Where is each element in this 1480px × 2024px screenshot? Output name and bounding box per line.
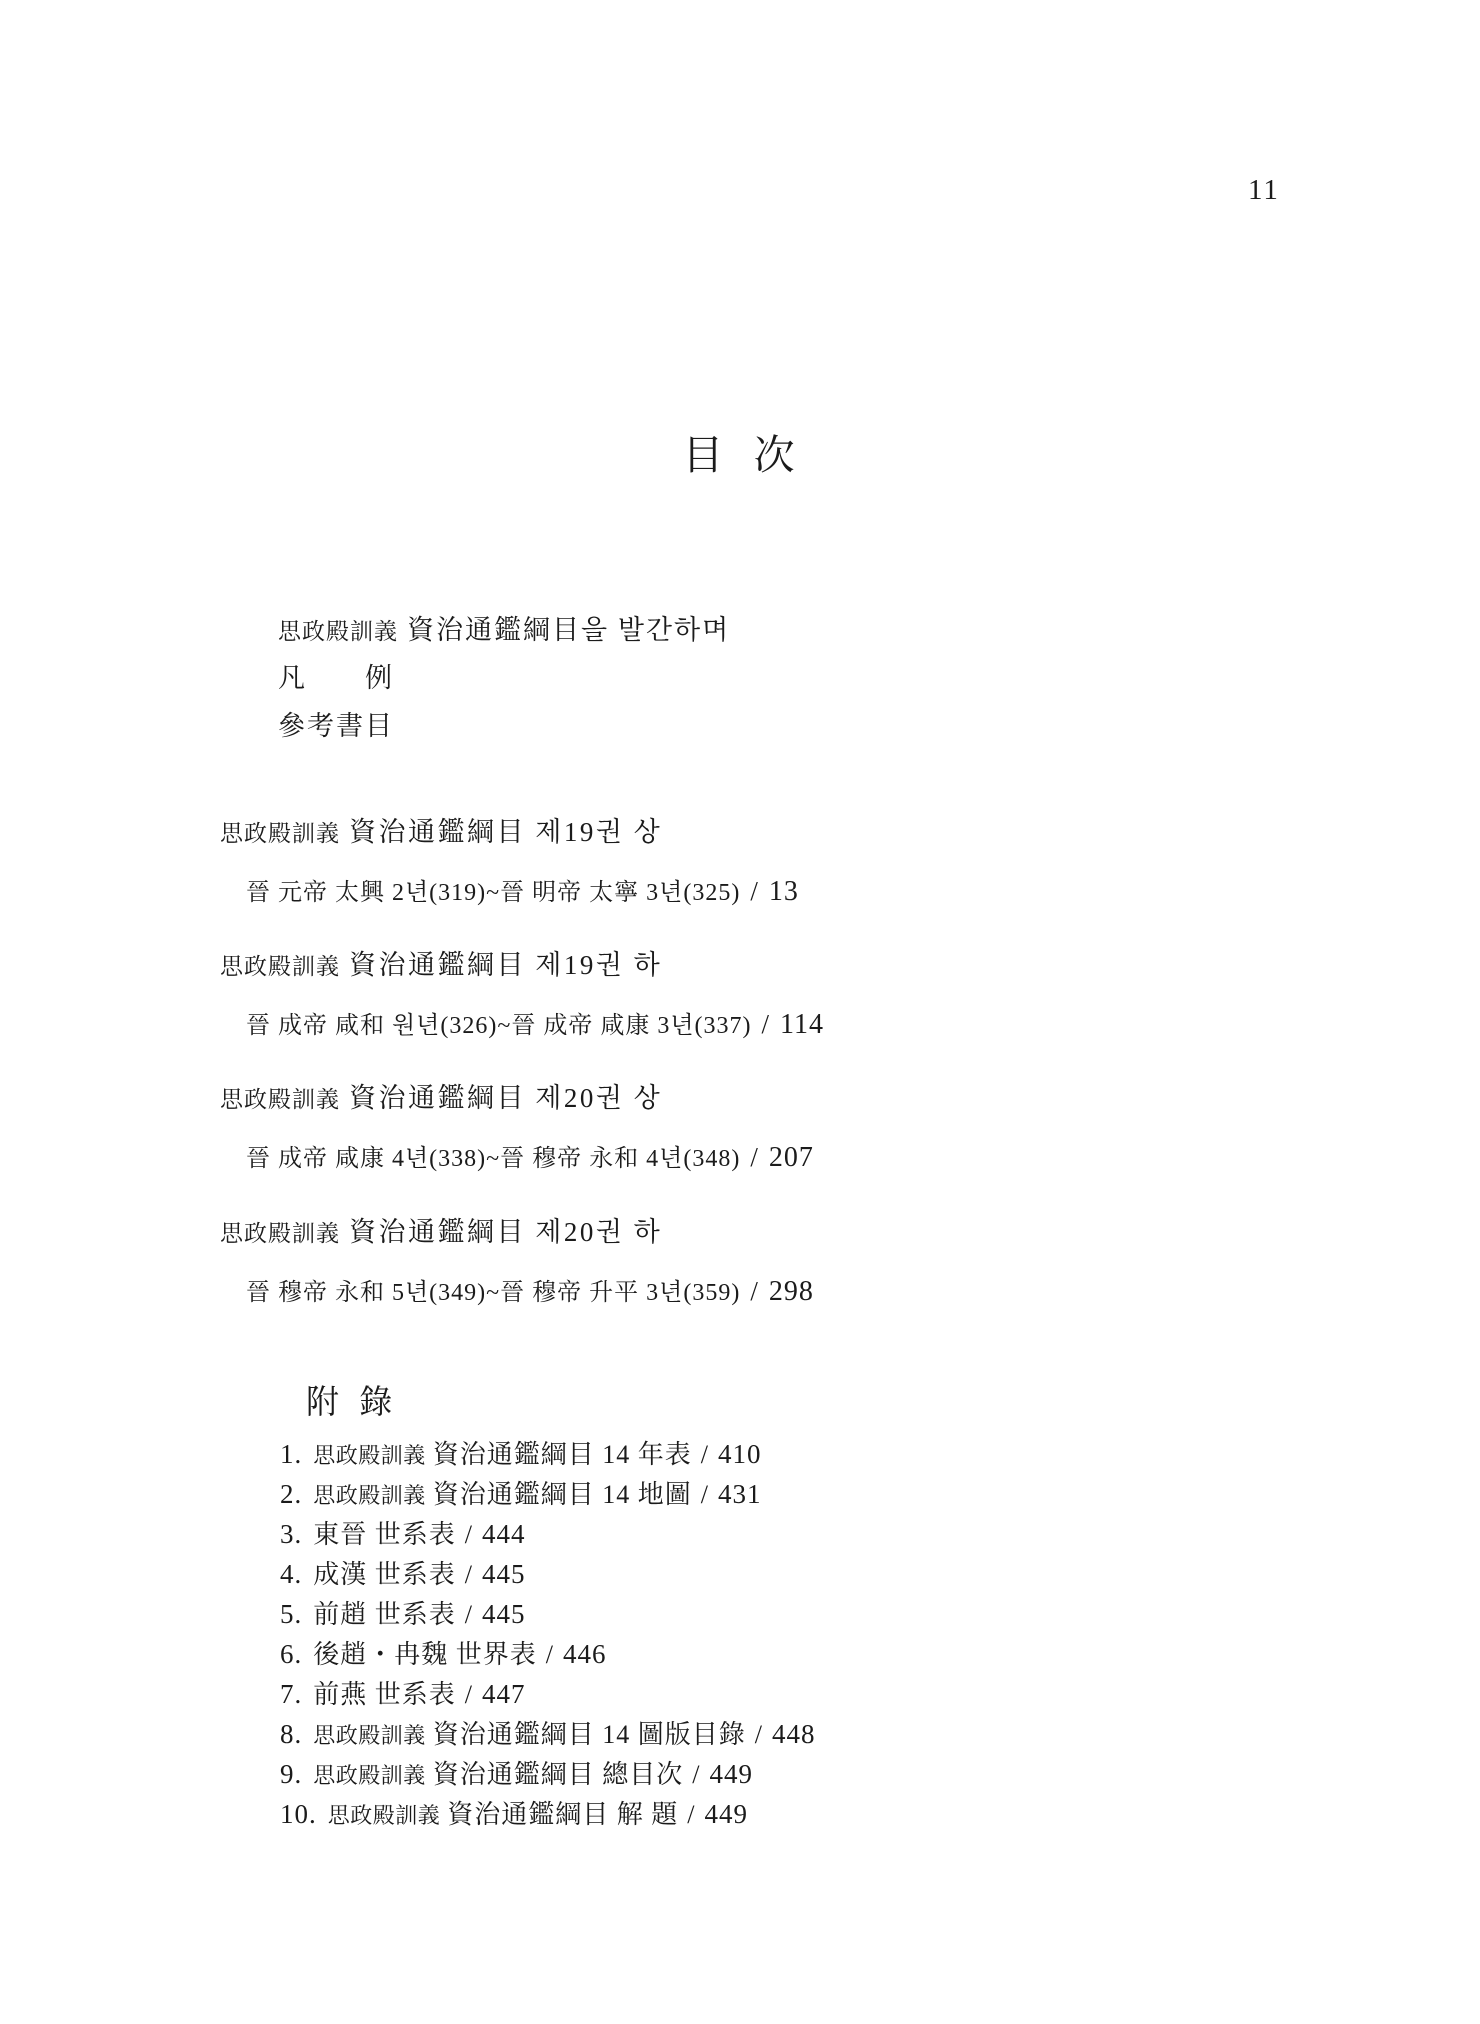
slash-separator: / — [465, 1560, 473, 1589]
section-range: 晉 成帝 咸和 원년(326)~晉 成帝 咸康 3년(337) — [246, 1013, 752, 1039]
slash-separator: / — [701, 1440, 709, 1469]
front-matter-entry: 思政殿訓義資治通鑑綱目을 발간하며 — [278, 606, 730, 654]
section-prefix: 思政殿訓義 — [220, 821, 340, 846]
entry-title: 資治通鑑綱目을 발간하며 — [407, 615, 730, 645]
slash-separator: / — [546, 1640, 554, 1669]
appendix-item: 2.思政殿訓義資治通鑑綱目 14 地圖/431 — [280, 1474, 816, 1514]
item-title: 成漢 世系表 — [313, 1560, 456, 1589]
volume-section: 思政殿訓義資治通鑑綱目 제19권 상 晉 元帝 太興 2년(319)~晉 明帝 … — [220, 815, 799, 908]
slash-separator: / — [755, 1720, 763, 1749]
entry-prefix: 思政殿訓義 — [278, 619, 398, 644]
appendix-item: 1.思政殿訓義資治通鑑綱目 14 年表/410 — [280, 1434, 816, 1474]
item-title: 東晉 世系表 — [313, 1520, 456, 1549]
section-prefix: 思政殿訓義 — [220, 1221, 340, 1246]
slash-separator: / — [687, 1800, 695, 1829]
section-range: 晉 穆帝 永和 5년(349)~晉 穆帝 升平 3년(359) — [246, 1280, 740, 1306]
section-range-line: 晉 成帝 咸康 4년(338)~晉 穆帝 永和 4년(348)/207 — [246, 1138, 814, 1174]
slash-separator: / — [750, 876, 759, 906]
item-prefix: 思政殿訓義 — [313, 1723, 426, 1748]
item-number: 4. — [280, 1559, 302, 1589]
appendix-item: 7.前燕 世系表/447 — [280, 1674, 816, 1714]
section-heading: 思政殿訓義資治通鑑綱目 제20권 하 — [220, 1215, 814, 1251]
slash-separator: / — [750, 1276, 759, 1306]
volume-section: 思政殿訓義資治通鑑綱目 제19권 하 晉 成帝 咸和 원년(326)~晉 成帝 … — [220, 948, 824, 1041]
appendix-item: 4.成漢 世系表/445 — [280, 1554, 816, 1594]
item-prefix: 思政殿訓義 — [313, 1763, 426, 1788]
item-title: 資治通鑑綱目 解 題 — [447, 1800, 678, 1829]
section-prefix: 思政殿訓義 — [220, 1087, 340, 1112]
item-number: 1. — [280, 1439, 302, 1469]
section-title: 資治通鑑綱目 제19권 상 — [349, 817, 662, 847]
item-title: 資治通鑑綱目 總目次 — [433, 1760, 684, 1789]
item-number: 2. — [280, 1479, 302, 1509]
item-prefix: 思政殿訓義 — [328, 1803, 441, 1828]
slash-separator: / — [750, 1142, 759, 1172]
item-page-number: 444 — [482, 1519, 526, 1549]
section-range: 晉 成帝 咸康 4년(338)~晉 穆帝 永和 4년(348) — [246, 1146, 740, 1172]
section-heading: 思政殿訓義資治通鑑綱目 제20권 상 — [220, 1081, 814, 1117]
item-title: 後趙・冉魏 世界表 — [313, 1640, 537, 1669]
section-range-line: 晉 元帝 太興 2년(319)~晉 明帝 太寧 3년(325)/13 — [246, 872, 799, 908]
item-number: 3. — [280, 1519, 302, 1549]
section-range: 晉 元帝 太興 2년(319)~晉 明帝 太寧 3년(325) — [246, 880, 740, 906]
section-title: 資治通鑑綱目 제20권 하 — [349, 1217, 662, 1247]
appendix-heading: 附 錄 — [306, 1376, 394, 1423]
item-page-number: 447 — [482, 1679, 526, 1709]
slash-separator: / — [465, 1680, 473, 1709]
slash-separator: / — [701, 1480, 709, 1509]
item-page-number: 446 — [563, 1639, 607, 1669]
item-title: 前趙 世系表 — [313, 1600, 456, 1629]
item-prefix: 思政殿訓義 — [313, 1483, 426, 1508]
entry-title: 凡 例 — [278, 663, 394, 693]
slash-separator: / — [762, 1009, 771, 1039]
appendix-item: 9.思政殿訓義資治通鑑綱目 總目次/449 — [280, 1754, 816, 1794]
page-title: 目 次 — [0, 422, 1480, 481]
front-matter-entry: 參考書目 — [278, 702, 730, 750]
section-page-number: 207 — [769, 1142, 814, 1173]
section-range-line: 晉 穆帝 永和 5년(349)~晉 穆帝 升平 3년(359)/298 — [246, 1272, 814, 1308]
item-page-number: 445 — [482, 1559, 526, 1589]
section-title: 資治通鑑綱目 제20권 상 — [349, 1083, 662, 1113]
item-page-number: 449 — [710, 1759, 754, 1789]
item-page-number: 448 — [772, 1719, 816, 1749]
item-number: 8. — [280, 1719, 302, 1749]
section-range-line: 晉 成帝 咸和 원년(326)~晉 成帝 咸康 3년(337)/114 — [246, 1005, 824, 1041]
section-prefix: 思政殿訓義 — [220, 954, 340, 979]
slash-separator: / — [465, 1600, 473, 1629]
section-page-number: 114 — [780, 1009, 824, 1040]
appendix-item: 3.東晉 世系表/444 — [280, 1514, 816, 1554]
slash-separator: / — [692, 1760, 700, 1789]
volume-section: 思政殿訓義資治通鑑綱目 제20권 상 晉 成帝 咸康 4년(338)~晉 穆帝 … — [220, 1081, 814, 1174]
section-page-number: 298 — [769, 1276, 814, 1307]
section-heading: 思政殿訓義資治通鑑綱目 제19권 하 — [220, 948, 824, 984]
appendix-item: 5.前趙 世系表/445 — [280, 1594, 816, 1634]
section-heading: 思政殿訓義資治通鑑綱目 제19권 상 — [220, 815, 799, 851]
item-page-number: 449 — [705, 1799, 749, 1829]
item-title: 資治通鑑綱目 14 地圖 — [433, 1480, 692, 1509]
volume-section: 思政殿訓義資治通鑑綱目 제20권 하 晉 穆帝 永和 5년(349)~晉 穆帝 … — [220, 1215, 814, 1308]
item-page-number: 410 — [718, 1439, 762, 1469]
item-page-number: 431 — [718, 1479, 762, 1509]
page-number: 11 — [1248, 174, 1280, 207]
appendix-item: 8.思政殿訓義資治通鑑綱目 14 圖版目錄/448 — [280, 1714, 816, 1754]
section-page-number: 13 — [769, 876, 799, 907]
appendix-item: 10.思政殿訓義資治通鑑綱目 解 題/449 — [280, 1794, 816, 1834]
item-number: 10. — [280, 1799, 317, 1829]
appendix-list: 1.思政殿訓義資治通鑑綱目 14 年表/410 2.思政殿訓義資治通鑑綱目 14… — [280, 1434, 816, 1834]
item-number: 7. — [280, 1679, 302, 1709]
item-page-number: 445 — [482, 1599, 526, 1629]
item-title: 前燕 世系表 — [313, 1680, 456, 1709]
item-title: 資治通鑑綱目 14 年表 — [433, 1440, 692, 1469]
toc-document-page: 11 目 次 思政殿訓義資治通鑑綱目을 발간하며 凡 例 參考書目 思政殿訓義資… — [0, 0, 1480, 2024]
appendix-item: 6.後趙・冉魏 世界表/446 — [280, 1634, 816, 1674]
front-matter-entry: 凡 例 — [278, 654, 730, 702]
entry-title: 參考書目 — [278, 711, 394, 741]
item-number: 9. — [280, 1759, 302, 1789]
front-matter-list: 思政殿訓義資治通鑑綱目을 발간하며 凡 例 參考書目 — [278, 606, 730, 750]
section-title: 資治通鑑綱目 제19권 하 — [349, 950, 662, 980]
item-number: 5. — [280, 1599, 302, 1629]
item-prefix: 思政殿訓義 — [313, 1443, 426, 1468]
item-title: 資治通鑑綱目 14 圖版目錄 — [433, 1720, 746, 1749]
slash-separator: / — [465, 1520, 473, 1549]
item-number: 6. — [280, 1639, 302, 1669]
